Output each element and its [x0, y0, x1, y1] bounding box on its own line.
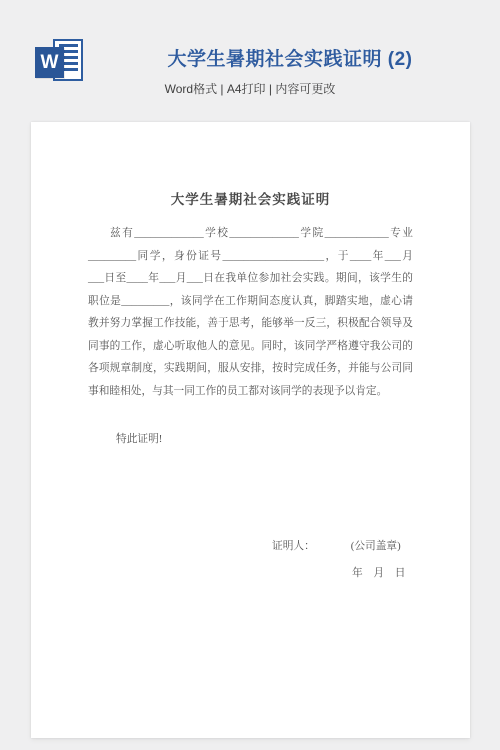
signer-label: 证明人： — [272, 535, 315, 558]
closing-statement: 特此证明! — [88, 428, 413, 451]
paragraph-line: ___日至____年___月___日在我单位参加社会实践。期间，该学生的 — [88, 267, 413, 290]
paragraph-line: 事和睦相处，与其一同工作的员工都对该同学的表现予以肯定。 — [88, 380, 413, 403]
document-title: 大学生暑期社会实践证明 — [88, 188, 413, 208]
word-file-icon: W — [35, 39, 83, 85]
paragraph-line: 各项规章制度，实践期间，服从安排，按时完成任务，并能与公司同 — [88, 357, 413, 380]
paragraph-line: 职位是_________，该同学在工作期间态度认真，脚踏实地，虚心请 — [88, 290, 413, 313]
paragraph-line: 兹有_____________学校_____________学院________… — [88, 222, 413, 245]
date-line: 年 月 日 — [88, 562, 413, 585]
word-letter-badge: W — [35, 47, 64, 78]
header: W 大学生暑期社会实践证明 (2) Word格式 | A4打印 | 内容可更改 — [0, 0, 500, 122]
page-title: 大学生暑期社会实践证明 (2) — [90, 44, 490, 71]
signature-row: 证明人： (公司盖章) — [88, 535, 413, 558]
company-seal-label: (公司盖章) — [351, 535, 401, 558]
paragraph-line: 教并努力掌握工作技能，善于思考，能够举一反三，积极配合领导及 — [88, 312, 413, 335]
document-preview-page: 大学生暑期社会实践证明 兹有_____________学校___________… — [31, 122, 470, 738]
page-subtitle: Word格式 | A4打印 | 内容可更改 — [0, 80, 500, 97]
paragraph-line: _________同学，身份证号___________________，于___… — [88, 245, 413, 268]
paragraph-line: 同事的工作，虚心听取他人的意见。同时，该同学严格遵守我公司的 — [88, 335, 413, 358]
document-body: 兹有_____________学校_____________学院________… — [88, 222, 413, 402]
